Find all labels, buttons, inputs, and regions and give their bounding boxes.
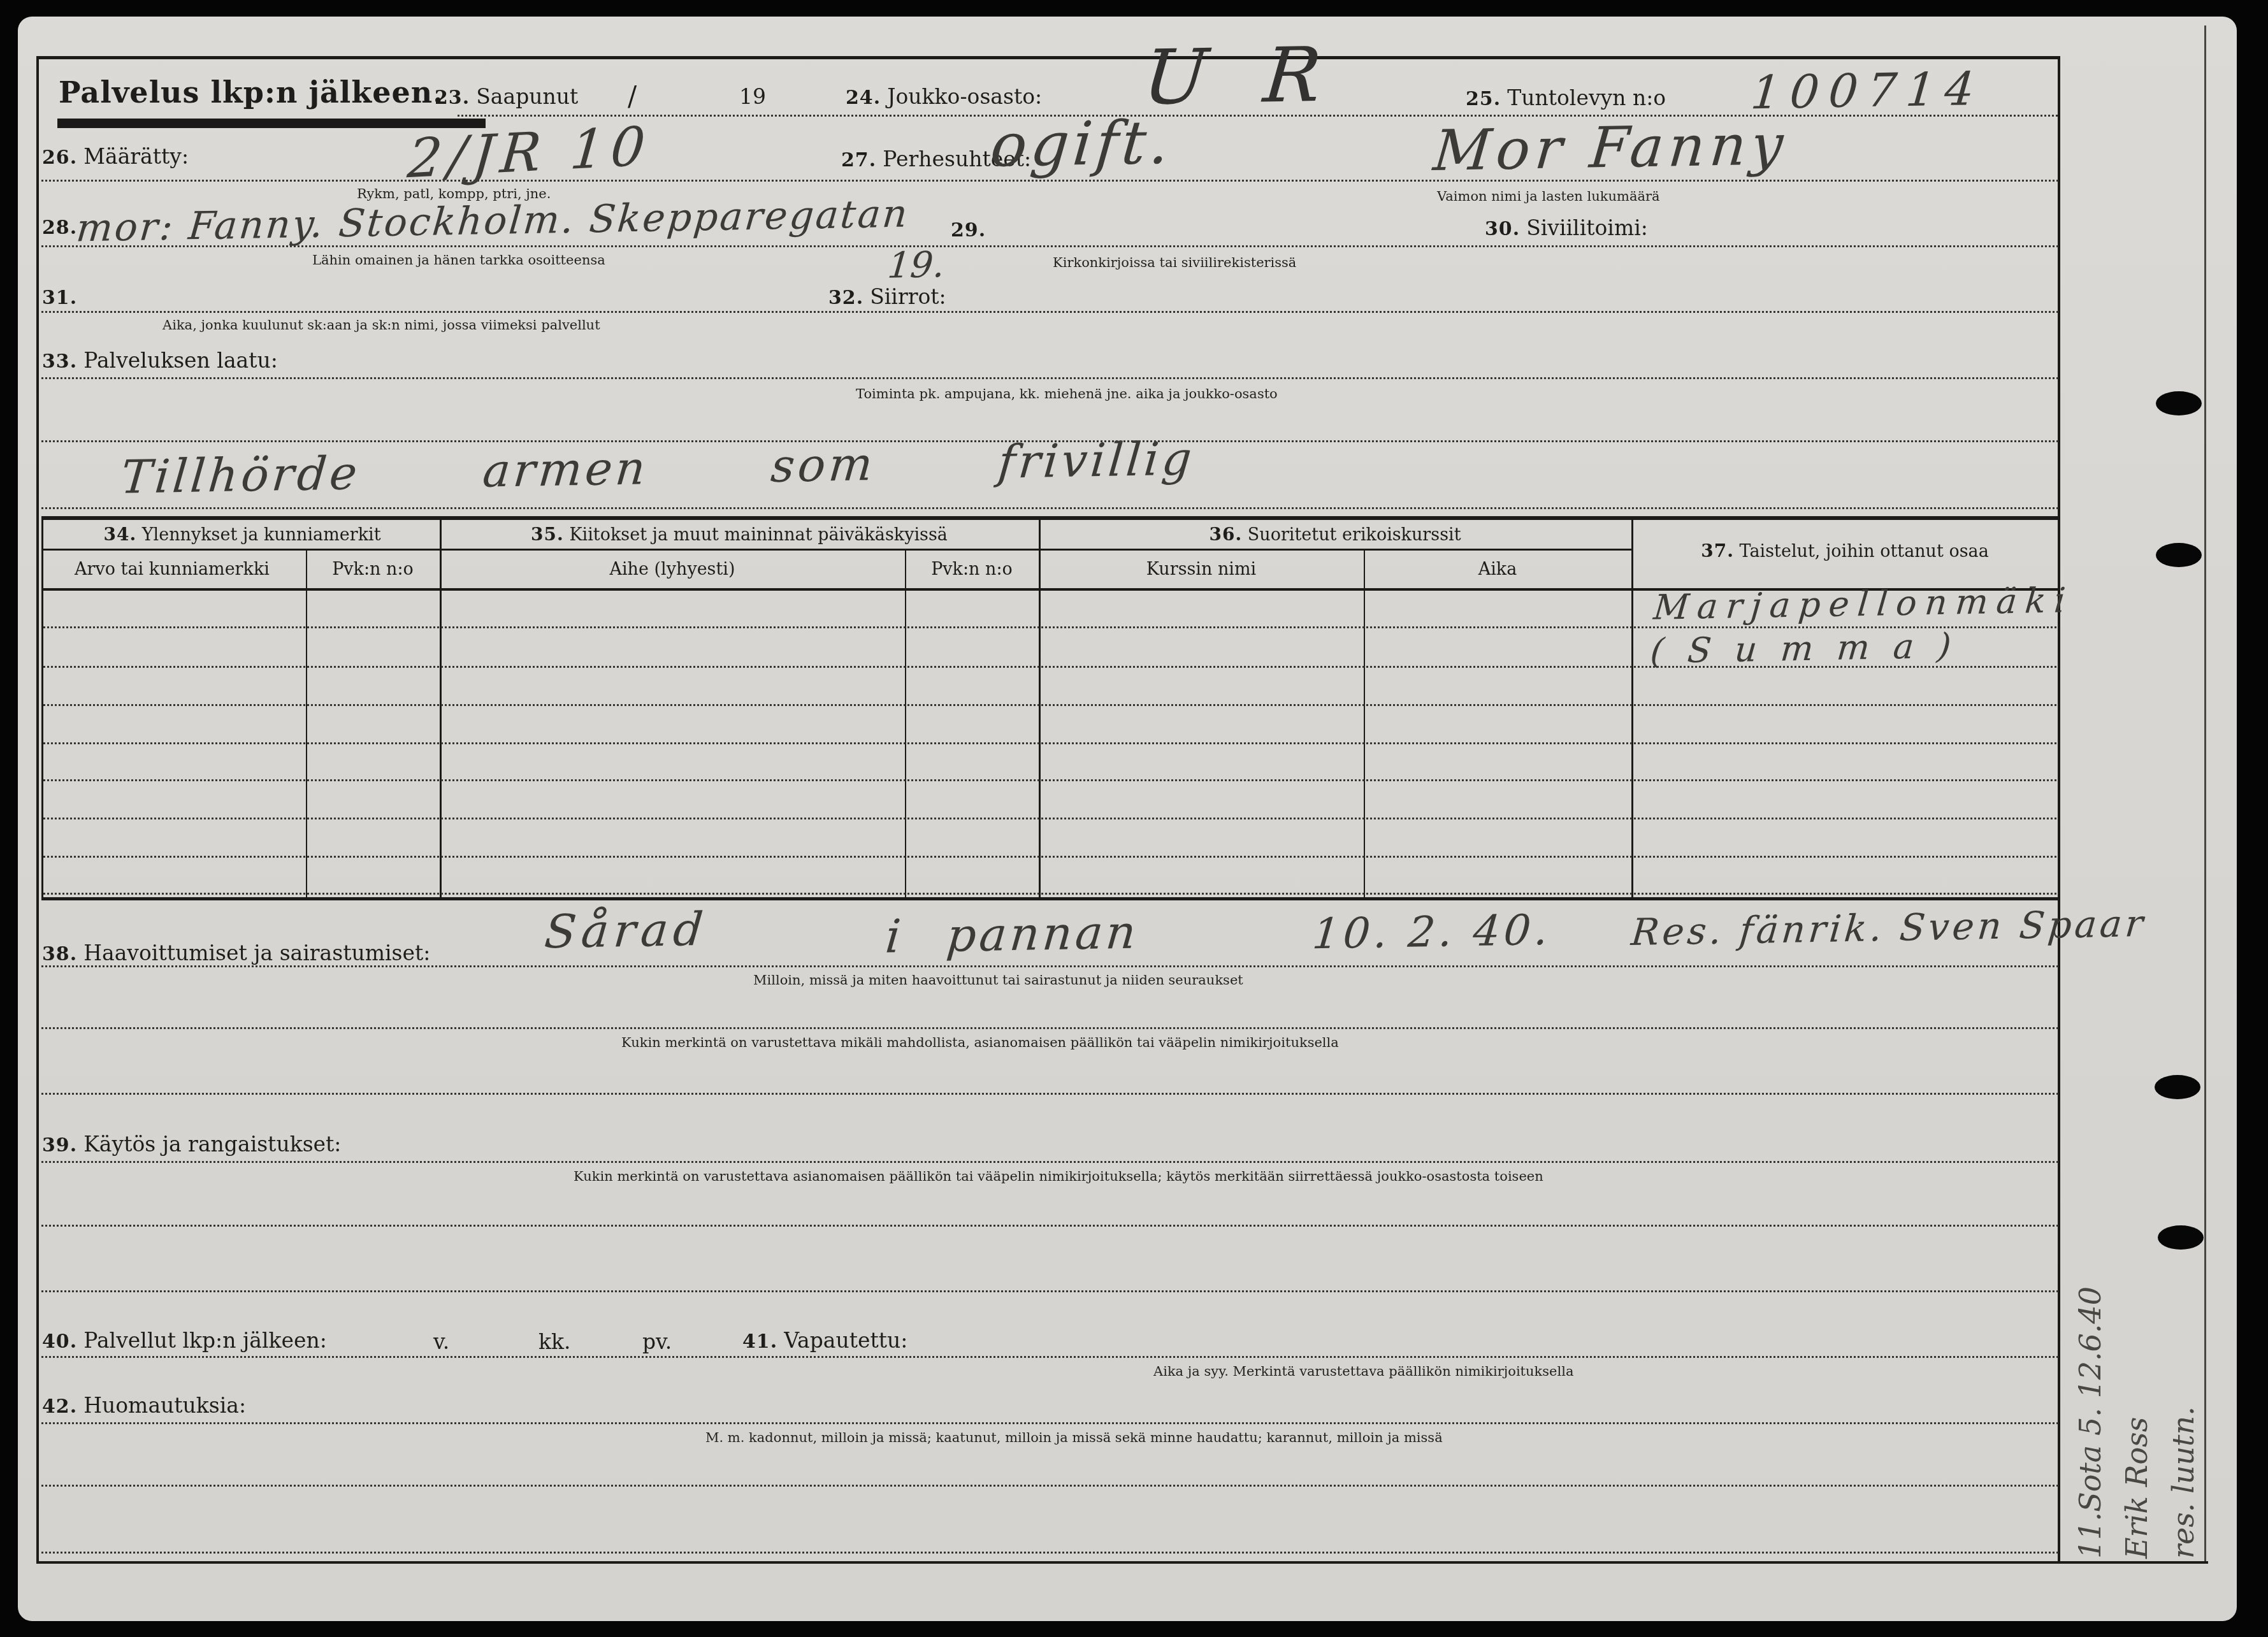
field-29-number: 29. (951, 217, 986, 242)
handwritten-street-number: 19. (886, 244, 946, 287)
field-23-slash: / (628, 80, 637, 112)
punch-hole (2156, 391, 2202, 415)
handwritten-perhesuhteet-mor: Mor Fanny (1431, 112, 1791, 184)
table-col36-title: 36. Suoritetut erikoiskurssit (1045, 524, 1625, 545)
handwritten-maaratty: 2/JR 10 (405, 115, 654, 191)
handwritten-wound-1: Sårad (542, 902, 710, 959)
table-col34-sub2: Pvk:n n:o (309, 559, 437, 579)
margin-archive-note: 11.Sota 5. 12.6.40 Erik Ross res. luutn. (2067, 1227, 2207, 1559)
handwritten-tuntolevy-number: 100714 (1749, 62, 1986, 120)
field-29-caption: Kirkonkirjoissa tai siviilirekisterissä (1053, 255, 1296, 270)
field-31-number: 31. (42, 284, 77, 309)
field-33-label: 33.Palveluksen laatu: (42, 348, 278, 373)
field-40-unit-v: v. (433, 1329, 449, 1354)
punch-hole (2156, 543, 2202, 567)
table-subdivider-34 (306, 550, 307, 898)
rule (41, 1027, 2058, 1029)
table-subdivider-36 (1364, 550, 1365, 898)
field-38-label: 38.Haavoittumiset ja sairastumiset: (42, 941, 430, 965)
table-row (43, 856, 2057, 858)
field-38-caption1: Milloin, missä ja miten haavoittunut tai… (753, 972, 1243, 988)
rule (41, 1356, 2058, 1358)
handwritten-wound-2: i pannan (883, 905, 1141, 963)
form-bottom-border (36, 1561, 2208, 1564)
handwritten-perhesuhteet-ogift: ogift. (988, 108, 1176, 180)
table-row (43, 626, 2057, 628)
field-38-caption2: Kukin merkintä on varustettava mikäli ma… (621, 1035, 1339, 1050)
table-col36-sub1: Kurssin nimi (1045, 559, 1357, 579)
field-31-caption: Aika, jonka kuulunut sk:aan ja sk:n nimi… (163, 317, 600, 333)
field-27-caption: Vaimon nimi ja lasten lukumäärä (1437, 189, 1660, 204)
field-39-label: 39.Käytös ja rangaistukset: (42, 1132, 341, 1157)
table-bottom-border (41, 897, 2060, 900)
field-41-label: 41.Vapautettu: (742, 1328, 907, 1353)
field-41-caption: Aika ja syy. Merkintä varustettava pääll… (1153, 1364, 1573, 1379)
handwritten-battle-line1: Marjapellonmäki (1652, 580, 2075, 628)
table-left-border (41, 516, 43, 898)
rule (41, 377, 2058, 379)
rule (41, 1225, 2058, 1227)
handwritten-wound-date: 10. 2. 40. (1311, 905, 1554, 959)
rule (41, 1485, 2058, 1487)
table-col36-sub2: Aika (1367, 559, 1628, 579)
handwritten-wound-signature: Res. fänrik. Sven Spaar (1629, 902, 2148, 954)
field-40-unit-kk: kk. (538, 1329, 570, 1354)
form-right-border (2058, 56, 2060, 1564)
table-row (43, 893, 2057, 895)
table-row (43, 818, 2057, 819)
table-row (43, 704, 2057, 706)
field-42-label: 42.Huomautuksia: (42, 1393, 246, 1418)
form-left-border (36, 56, 39, 1564)
field-40-label: 40.Palvellut lkp:n jälkeen: (42, 1328, 327, 1353)
page-title: Palvelus lkp:n jälkeen. (59, 75, 444, 110)
table-row (43, 779, 2057, 781)
table-divider-34-35 (440, 517, 442, 898)
field-23-year-prefix: 19 (739, 84, 766, 109)
table-col34-title: 34. Ylennykset ja kunniamerkit (51, 524, 433, 545)
handwritten-battle-line2: ( S u m m a ) (1649, 626, 1959, 672)
table-header-line (41, 549, 1633, 551)
table-subdivider-35 (905, 550, 906, 898)
field-40-unit-pv: pv. (642, 1329, 672, 1354)
margin-note-line2: Erik Ross (2114, 1227, 2160, 1559)
field-33-caption: Toiminta pk. ampujana, kk. miehenä jne. … (856, 386, 1278, 401)
rule (41, 507, 2058, 509)
rule (41, 1161, 2058, 1163)
scanned-military-service-record: { "page": { "title": "Palvelus lkp:n jäl… (0, 0, 2268, 1637)
rule (41, 180, 2058, 182)
table-top-border (41, 516, 2060, 520)
rule (41, 311, 2058, 313)
margin-note-line1: 11.Sota 5. 12.6.40 (2067, 1227, 2114, 1559)
table-row (43, 742, 2057, 744)
rule (41, 1422, 2058, 1424)
table-divider-35-36 (1039, 517, 1041, 898)
table-col37-title: 37. Taistelut, joihin ottanut osaa (1638, 540, 2052, 561)
field-24-label: 24.Joukko-osasto: (846, 84, 1042, 109)
field-26-label: 26.Määrätty: (42, 144, 189, 169)
field-42-caption: M. m. kadonnut, milloin ja missä; kaatun… (705, 1430, 1443, 1445)
table-col35-sub2: Pvk:n n:o (908, 559, 1036, 579)
table-col35-title: 35. Kiitokset ja muut maininnat päiväkäs… (446, 524, 1032, 545)
punch-hole (2155, 1075, 2200, 1099)
field-28-caption: Lähin omainen ja hänen tarkka osoitteens… (312, 252, 605, 268)
field-28-number: 28. (42, 214, 77, 239)
margin-note-line3: res. luutn. (2160, 1227, 2207, 1559)
rule (41, 1552, 2058, 1554)
form-top-border (36, 56, 2060, 59)
rule (41, 965, 2058, 967)
field-32-label: 32.Siirrot: (828, 284, 946, 309)
field-39-caption: Kukin merkintä on varustettava asianomai… (574, 1169, 1543, 1184)
table-col34-sub1: Arvo tai kunniamerkki (45, 559, 300, 579)
table-col35-sub1: Aihe (lyhyesti) (446, 559, 899, 579)
table-divider-36-37 (1631, 517, 1633, 898)
field-23-label: 23.Saapunut (435, 84, 578, 109)
field-25-label: 25.Tuntolevyn n:o (1466, 85, 1666, 110)
field-30-label: 30.Siviilitoimi: (1485, 215, 1648, 240)
rule (41, 1093, 2058, 1095)
rule (41, 1290, 2058, 1292)
